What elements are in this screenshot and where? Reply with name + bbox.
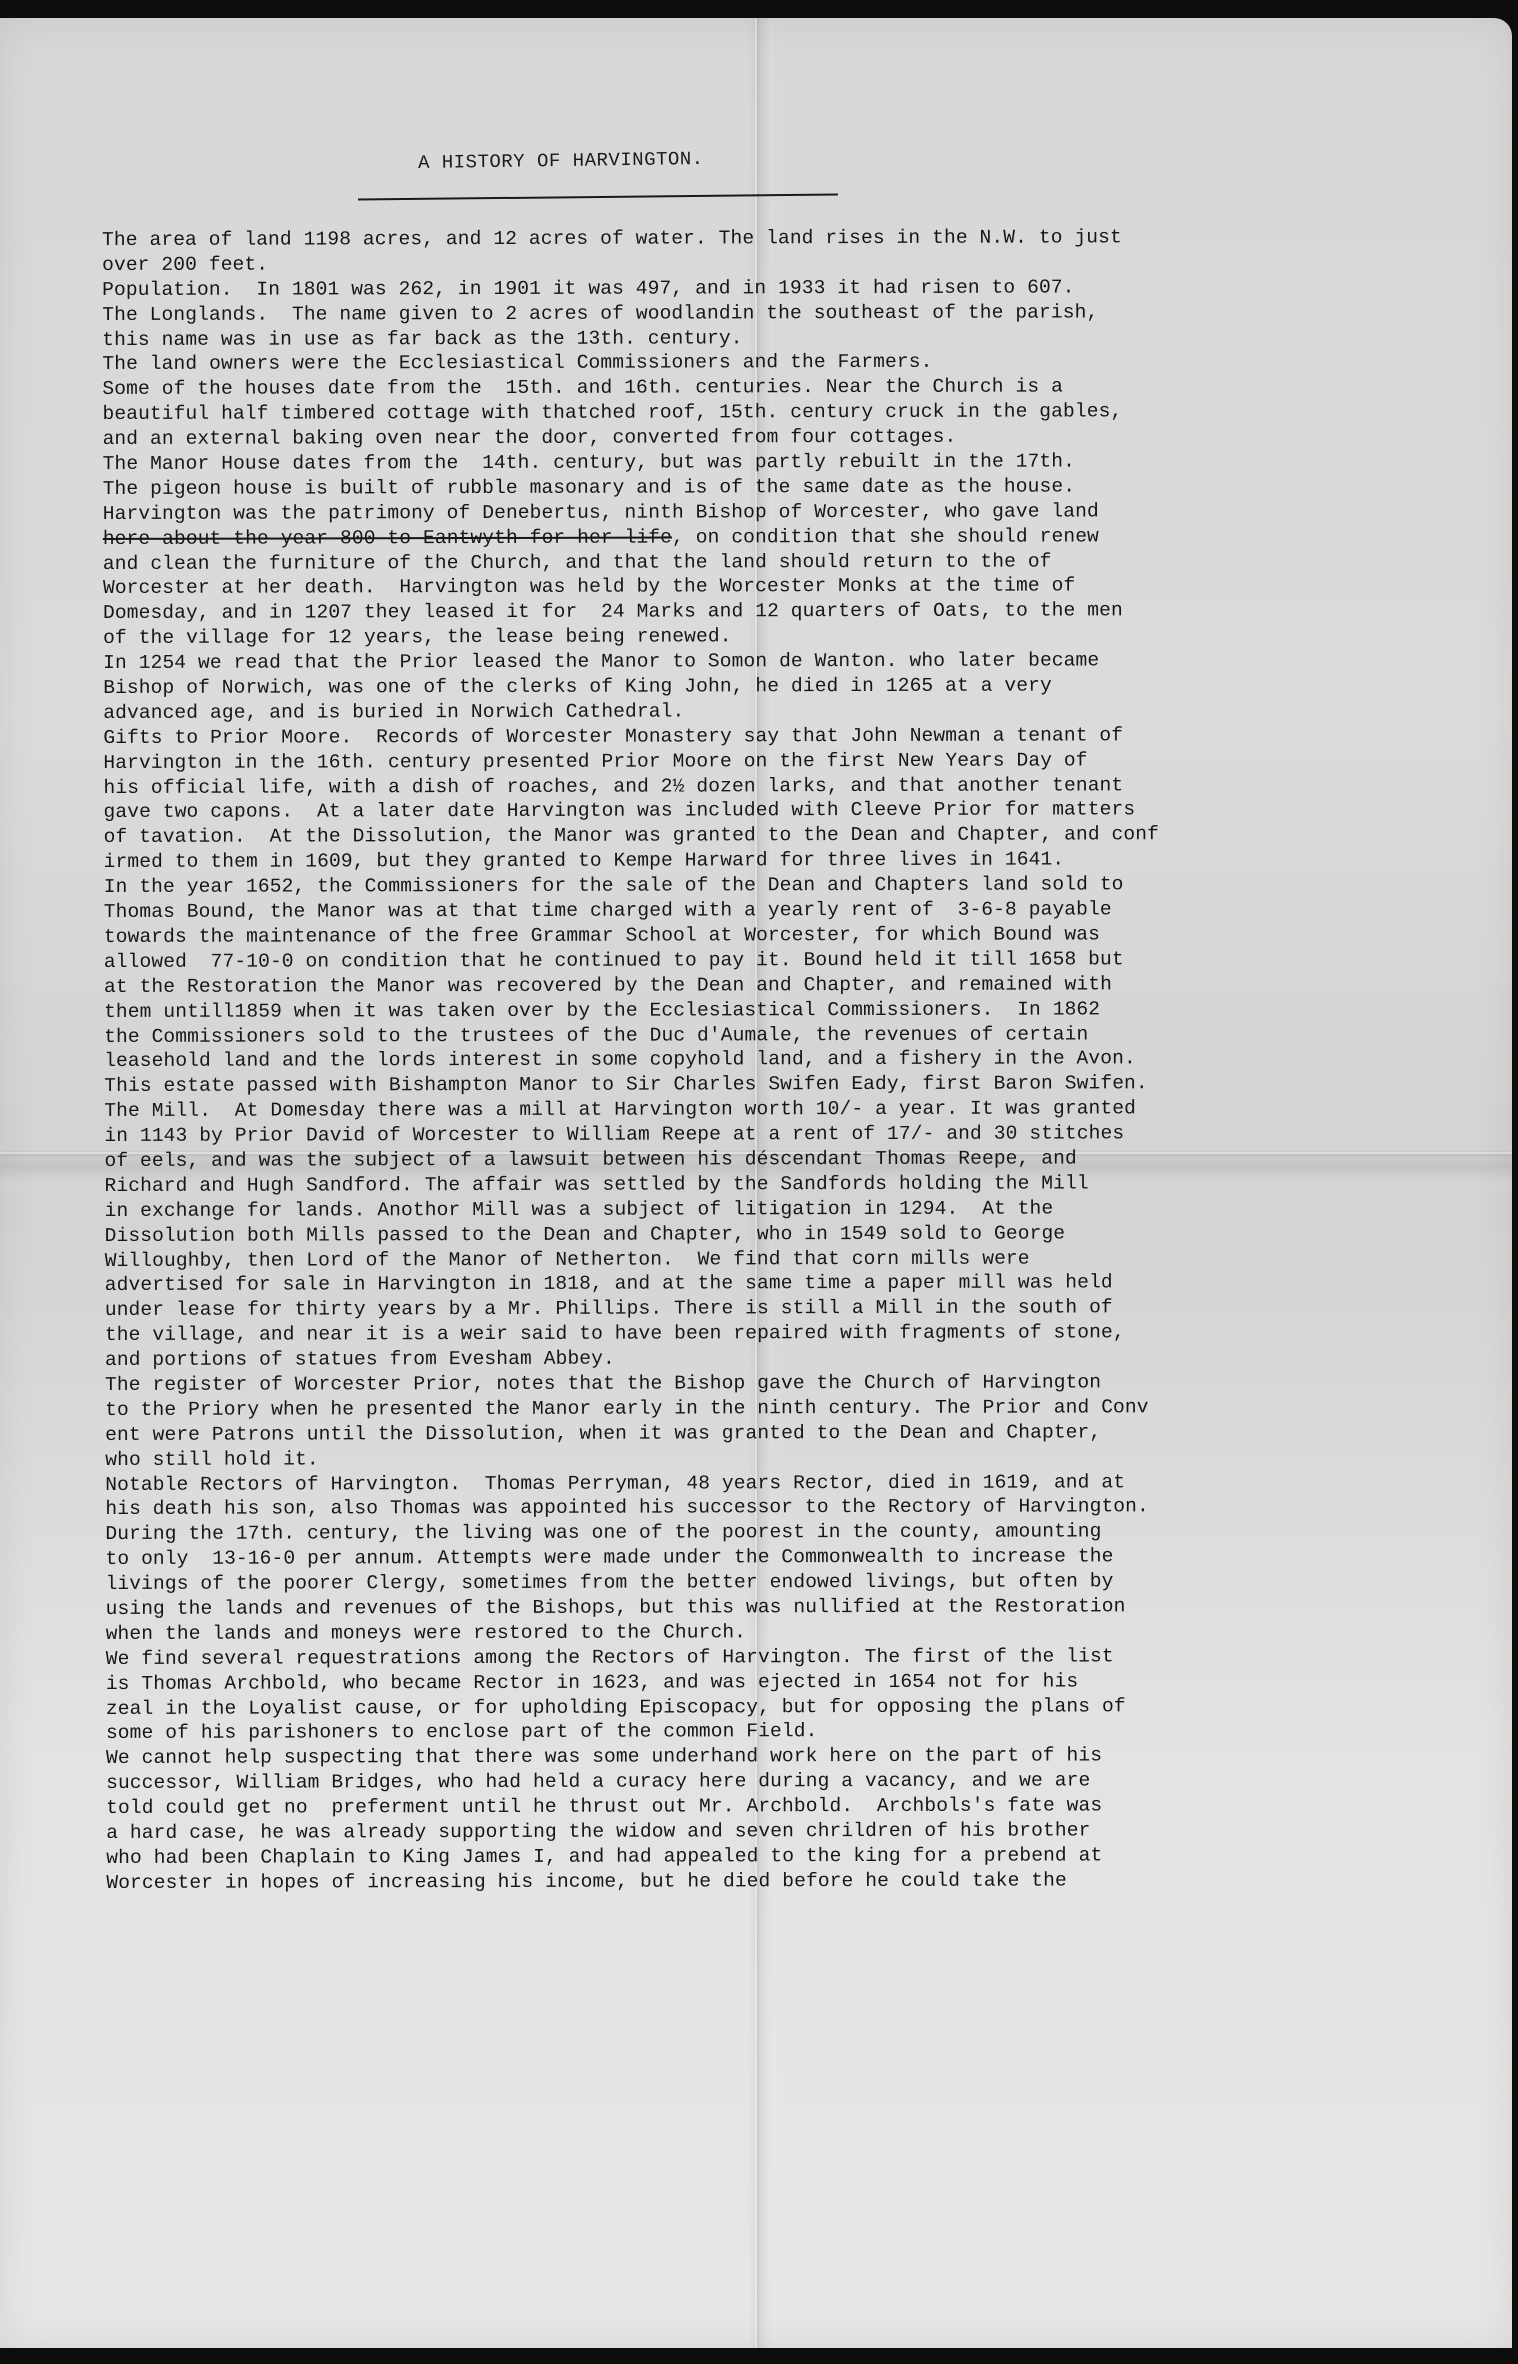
text-line: who still hold it. (105, 1444, 1505, 1473)
text-line: Worcester at her death. Harvington was h… (103, 573, 1503, 602)
text-line: Richard and Hugh Sandford. The affair wa… (104, 1170, 1504, 1199)
text-line: Dissolution both Mills passed to the Dea… (105, 1220, 1505, 1249)
text-line: Domesday, and in 1207 they leased it for… (103, 598, 1503, 627)
text-line: his official life, with a dish of roache… (103, 772, 1503, 801)
text-line: advanced age, and is buried in Norwich C… (103, 697, 1503, 726)
text-line: ent were Patrons until the Dissolution, … (105, 1419, 1505, 1448)
text-line: Notable Rectors of Harvington. Thomas Pe… (105, 1469, 1505, 1498)
text-line: to only 13-16-0 per annum. Attempts were… (105, 1544, 1505, 1573)
text-line: of tavation. At the Dissolution, the Man… (104, 822, 1504, 851)
text-line: The land owners were the Ecclesiastical … (102, 349, 1502, 378)
text-line: leasehold land and the lords interest in… (104, 1046, 1504, 1075)
text-line: his death his son, also Thomas was appoi… (105, 1494, 1505, 1523)
text-line: Some of the houses date from the 15th. a… (102, 374, 1502, 403)
text-line: Worcester in hopes of increasing his inc… (106, 1867, 1506, 1896)
text-line: in 1143 by Prior David of Worcester to W… (104, 1120, 1504, 1149)
document-body: The area of land 1198 acres, and 12 acre… (102, 224, 1506, 1895)
text-line: The Mill. At Domesday there was a mill a… (104, 1096, 1504, 1125)
text-line: of the village for 12 years, the lease b… (103, 623, 1503, 652)
text-line: is Thomas Archbold, who became Rector in… (106, 1668, 1506, 1697)
text-line: of eels, and was the subject of a lawsui… (104, 1145, 1504, 1174)
text-line: In the year 1652, the Commissioners for … (104, 871, 1504, 900)
text-line: Thomas Bound, the Manor was at that time… (104, 896, 1504, 925)
text-line: allowed 77-10-0 on condition that he con… (104, 946, 1504, 975)
text-line: told could get no preferment until he th… (106, 1792, 1506, 1821)
text-line: some of his parishoners to enclose part … (106, 1718, 1506, 1747)
text-line: We cannot help suspecting that there was… (106, 1743, 1506, 1772)
text-line: Harvington in the 16th. century presente… (103, 747, 1503, 776)
text-line: and clean the furniture of the Church, a… (103, 548, 1503, 577)
document-title: A HISTORY OF HARVINGTON. (418, 148, 704, 174)
text-line: using the lands and revenues of the Bish… (106, 1593, 1506, 1622)
text-line: Willoughby, then Lord of the Manor of Ne… (105, 1245, 1505, 1274)
text-line: The Longlands. The name given to 2 acres… (102, 299, 1502, 328)
text-line: a hard case, he was already supporting t… (106, 1817, 1506, 1846)
text-line: beautiful half timbered cottage with tha… (102, 399, 1502, 428)
text-line: towards the maintenance of the free Gram… (104, 921, 1504, 950)
text-line: the village, and near it is a weir said … (105, 1320, 1505, 1349)
text-line: advertised for sale in Harvington in 181… (105, 1270, 1505, 1299)
text-line: livings of the poorer Clergy, sometimes … (106, 1568, 1506, 1597)
text-line: Harvington was the patrimony of Denebert… (103, 498, 1503, 527)
text-line: over 200 feet. (102, 249, 1502, 278)
text-line: Population. In 1801 was 262, in 1901 it … (102, 274, 1502, 303)
text-line: who had been Chaplain to King James I, a… (106, 1842, 1506, 1871)
text-line: The register of Worcester Prior, notes t… (105, 1369, 1505, 1398)
text-line: under lease for thirty years by a Mr. Ph… (105, 1295, 1505, 1324)
text-line: In 1254 we read that the Prior leased th… (103, 647, 1503, 676)
text-line: Bishop of Norwich, was one of the clerks… (103, 672, 1503, 701)
text-line: gave two capons. At a later date Harving… (103, 797, 1503, 826)
text-line: the Commissioners sold to the trustees o… (104, 1021, 1504, 1050)
text-line: During the 17th. century, the living was… (105, 1519, 1505, 1548)
text-line: This estate passed with Bishampton Manor… (104, 1071, 1504, 1100)
text-line: irmed to them in 1609, but they granted … (104, 847, 1504, 876)
text-line: in exchange for lands. Anothor Mill was … (105, 1195, 1505, 1224)
text-line: successor, William Bridges, who had held… (106, 1768, 1506, 1797)
text-line: this name was in use as far back as the … (102, 324, 1502, 353)
text-line: We find several requestrations among the… (106, 1643, 1506, 1672)
text-line: here about the year 800 to Eantwyth for … (103, 523, 1503, 552)
text-line: zeal in the Loyalist cause, or for uphol… (106, 1693, 1506, 1722)
text-line: The area of land 1198 acres, and 12 acre… (102, 224, 1502, 253)
text-line: and portions of statues from Evesham Abb… (105, 1344, 1505, 1373)
text-line: and an external baking oven near the doo… (103, 423, 1503, 452)
text-line: when the lands and moneys were restored … (106, 1618, 1506, 1647)
text-line: them untill1859 when it was taken over b… (104, 996, 1504, 1025)
text-line: The pigeon house is built of rubble maso… (103, 473, 1503, 502)
text-line: at the Restoration the Manor was recover… (104, 971, 1504, 1000)
text-line: Gifts to Prior Moore. Records of Worcest… (103, 722, 1503, 751)
text-line: to the Priory when he presented the Mano… (105, 1394, 1505, 1423)
text-line: The Manor House dates from the 14th. cen… (103, 448, 1503, 477)
